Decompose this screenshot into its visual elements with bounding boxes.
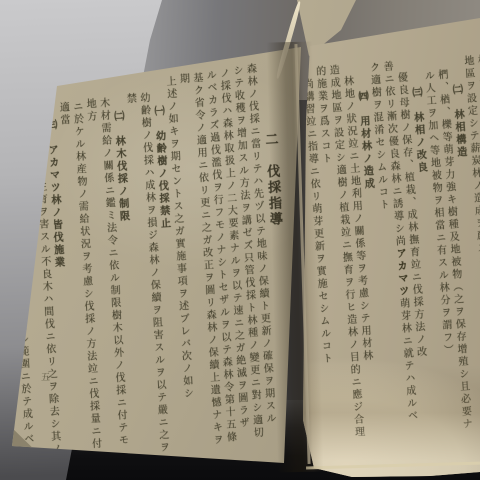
right-page-text: 林ノ荒廃ヲ防止シ燃料ノ自給ヲ圖ル爲伐採跡地ニハ萌芽更新ヲ行フ地區ヲ設定シテ薪炭林…	[297, 54, 480, 458]
text-column: 造成地區ヲ設定シ適樹ノ植栽竝ニ撫育ヲ行ヒ造林ノ目的ニ應ジ合理	[325, 64, 366, 456]
left-page-text: 二 伐採指導森林ノ伐採ニ當リテハ先ヅ以テ地味ノ保續ト更新ノ確保ヲ期スルシテ收穫ヲ…	[30, 60, 295, 461]
item-heading: ㈡ 林相構造	[447, 56, 480, 448]
text-column: ク適樹ヲ混淆セシムルコト	[366, 62, 407, 454]
text-column: 林地ノ狀況竝ニ土地利用ノ關係等ヲ考慮シテ用材林	[339, 63, 380, 455]
text-column: 林ノ荒廃ヲ防止シ燃料ノ自給ヲ圖ル爲伐採跡地ニハ萌芽更新ヲ行フ	[474, 54, 480, 446]
text-column: ル人工ヲ加ヘ等地被物ヲ相當ニ有スル林分ヲ謂フ）	[420, 58, 461, 450]
text-column: 善ニ依リ漸次優良森林ニ誘導シ尚アカマツ萌芽林ニ就テハ成ルベ	[379, 61, 420, 453]
text-column: 地區ヲ設定シテ薪炭林ノ造成ヲ爲スコト	[460, 55, 480, 447]
item-heading: ㈣ 用材林ノ造成	[352, 62, 393, 454]
page-number: 五	[38, 372, 51, 381]
text-column: 椚、楢、櫟等萌芽力強キ樹種及地被物（之ヲ保存增殖シ且必要ナ	[433, 57, 474, 449]
item-heading: ㈢ 林相ノ改良	[406, 59, 447, 451]
text-column: 優良母樹ノ保存、植栽、成林撫育竝ニ伐採方法ノ改	[393, 60, 434, 452]
book-photo: 二 伐採指導森林ノ伐採ニ當リテハ先ヅ以テ地味ノ保續ト更新ノ確保ヲ期スルシテ收穫ヲ…	[0, 0, 480, 480]
